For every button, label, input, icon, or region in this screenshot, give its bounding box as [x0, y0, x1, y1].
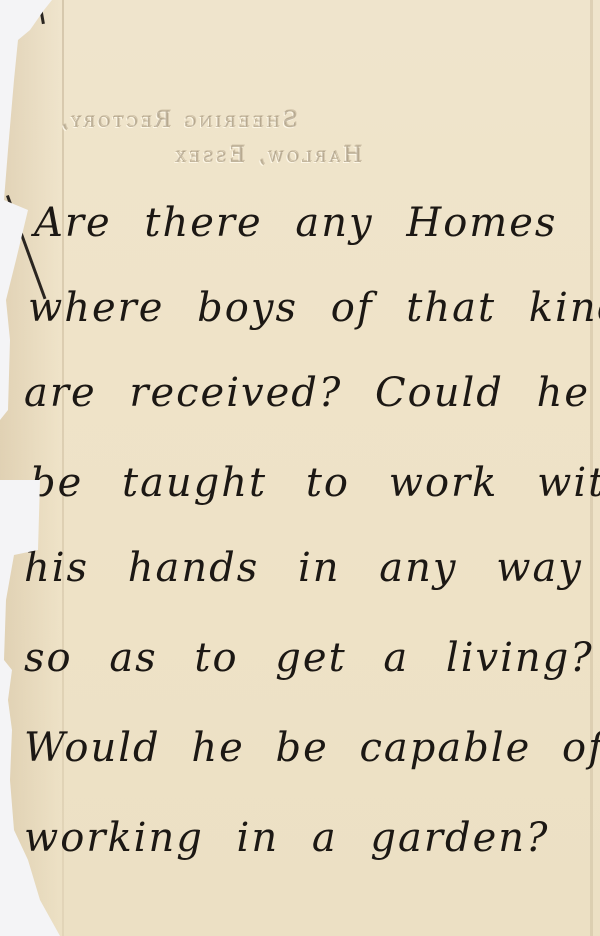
- letterhead-line-2: Harlow, Essex: [52, 143, 362, 168]
- letter-page: Sheering Rectory, Harlow, Essex Are ther…: [0, 0, 600, 936]
- handwritten-line: Are there any Homes: [34, 200, 557, 246]
- paper-sheet: Sheering Rectory, Harlow, Essex Are ther…: [0, 0, 600, 936]
- handwritten-line: his hands in any way: [24, 545, 583, 591]
- ink-mark: [38, 2, 45, 24]
- handwritten-line: so as to get a living?: [24, 635, 594, 681]
- handwritten-line: Would he be capable of: [24, 725, 600, 771]
- handwritten-line: working in a garden?: [24, 815, 549, 861]
- embossed-letterhead: Sheering Rectory, Harlow, Essex: [52, 108, 362, 168]
- letterhead-line-1: Sheering Rectory,: [52, 108, 362, 133]
- handwritten-line: are received? Could he: [24, 370, 590, 416]
- handwritten-line: be taught to work with: [30, 460, 600, 506]
- handwritten-line: where boys of that kind: [28, 285, 600, 331]
